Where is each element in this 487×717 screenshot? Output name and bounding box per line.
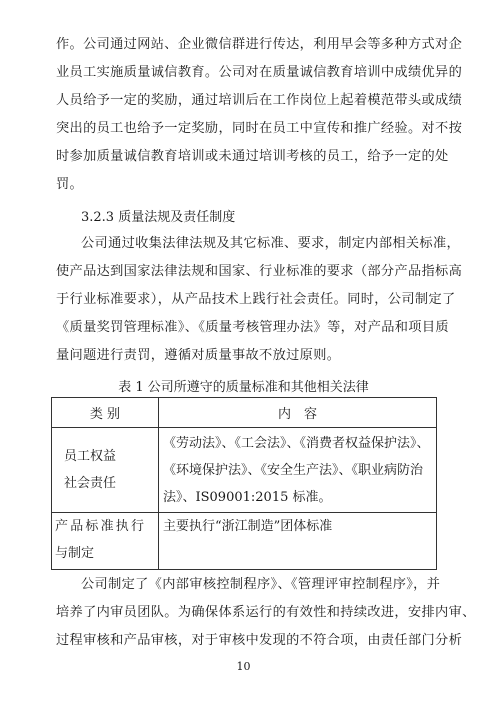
paragraph-line: 量问题进行责罚，遵循对质量事故不放过原则。 bbox=[56, 348, 432, 364]
paragraph-line: 于行业标准要求），从产品技术上践行社会责任。同时，公司制定了 bbox=[56, 292, 432, 308]
paragraph-line: 人员给予一定的奖励，通过培训后在工作岗位上起着模范带头或成绩 bbox=[56, 93, 432, 109]
category-line: 社会责任 bbox=[64, 470, 158, 497]
table-header-row: 类 别 内 容 bbox=[52, 398, 437, 428]
paragraph-line: 业员工实施质量诚信教育。公司对在质量诚信教育培训中成绩优异的 bbox=[56, 65, 432, 81]
paragraph-line: 作。公司通过网站、企业微信群进行传达，利用早会等多种方式对企 bbox=[56, 37, 432, 53]
category-line: 与制定 bbox=[55, 540, 158, 567]
content-line: 《环境保护法》、《安全生产法》、《职业病防治 bbox=[163, 457, 436, 484]
content-cell: 主要执行“浙江制造”团体标准 bbox=[159, 513, 437, 570]
table-row: 员工权益 社会责任 《劳动法》、《工会法》、《消费者权益保护法》、 《环境保护法… bbox=[52, 428, 437, 513]
content-line: 法》、IS09001:2015 标准。 bbox=[163, 484, 436, 511]
content-cell: 《劳动法》、《工会法》、《消费者权益保护法》、 《环境保护法》、《安全生产法》、… bbox=[159, 428, 437, 513]
category-cell: 员工权益 社会责任 bbox=[52, 428, 159, 513]
table-caption: 表 1 公司所遵守的质量标准和其他相关法律 bbox=[0, 376, 487, 395]
header-category: 类 别 bbox=[52, 398, 159, 428]
section-heading: 3.2.3 质量法规及责任制度 bbox=[81, 206, 235, 225]
paragraph-line: 时参加质量诚信教育培训或未通过培训考核的员工，给予一定的处 bbox=[56, 149, 432, 165]
header-content: 内 容 bbox=[159, 398, 437, 428]
category-line: 员工权益 bbox=[64, 443, 158, 470]
page-number: 10 bbox=[0, 660, 487, 673]
standards-table: 类 别 内 容 员工权益 社会责任 《劳动法》、《工会法》、《消费者权益保护法》… bbox=[51, 397, 437, 570]
content-line: 主要执行“浙江制造”团体标准 bbox=[163, 513, 436, 540]
paragraph-line: 使产品达到国家法律法规和国家、行业标准的要求（部分产品指标高 bbox=[56, 264, 432, 280]
content-line: 《劳动法》、《工会法》、《消费者权益保护法》、 bbox=[163, 430, 436, 457]
paragraph-line: 培养了内审员团队。为确保体系运行的有效性和持续改进，安排内审、 bbox=[56, 605, 432, 621]
table-row: 产品标准执行 与制定 主要执行“浙江制造”团体标准 bbox=[52, 513, 437, 570]
paragraph-line: 罚。 bbox=[56, 177, 432, 193]
category-line: 产品标准执行 bbox=[55, 513, 158, 540]
paragraph-line: 过程审核和产品审核，对于审核中发现的不符合项，由责任部门分析 bbox=[56, 633, 432, 649]
paragraph-line: 突出的员工也给予一定奖励，同时在员工中宣传和推广经验。对不按 bbox=[56, 121, 432, 137]
paragraph-line: 公司通过收集法律法规及其它标准、要求，制定内部相关标准， bbox=[81, 236, 432, 252]
category-cell: 产品标准执行 与制定 bbox=[52, 513, 159, 570]
paragraph-line: 《质量奖罚管理标准》、《质量考核管理办法》等，对产品和项目质 bbox=[56, 320, 432, 336]
paragraph-line: 公司制定了《内部审核控制程序》、《管理评审控制程序》，并 bbox=[81, 577, 432, 593]
